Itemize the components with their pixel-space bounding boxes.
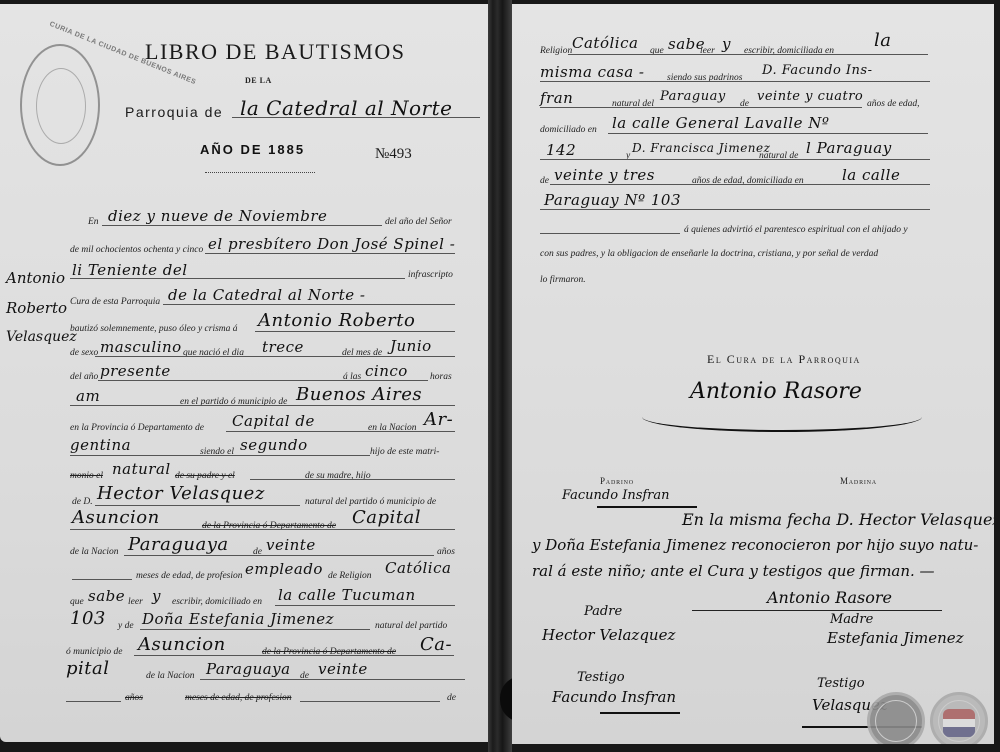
printed-text: años de edad, [867,99,920,109]
fill-line [226,431,455,432]
printed-text: de la Nacion [146,671,195,681]
printed-text: leer [128,597,143,607]
testigo1-signature: Facundo Insfran [552,688,676,706]
printed-text: natural del partido ó municipio de [305,497,436,507]
printed-text: lo firmaron. [540,275,586,285]
year-label: AÑO DE 1885 [200,142,305,157]
fill-line [250,479,455,480]
note-signature: Antonio Rasore [767,588,892,607]
handwritten-religion: Católica [385,559,451,577]
madre-signature: Estefania Jimenez [827,629,964,647]
fill-line [163,304,455,305]
handwritten-godmother-age: veinte y tres [554,166,655,184]
handwritten-and: y [722,35,731,53]
handwritten-am: am [76,387,100,405]
printed-text: de la Nacion [70,547,119,557]
printed-text-struck: de su padre y el [175,471,235,481]
handwritten-godfather-address-number: 142 [546,141,576,159]
fill-line [95,356,455,357]
printed-text: con sus padres, y la obligacion de enseñ… [540,249,878,259]
handwritten-title: li Teniente del [72,261,188,279]
fill-line [540,81,930,82]
fill-line [540,107,862,108]
left-page: CURIA DE LA CIUDAD DE BUENOS AIRES LIBRO… [0,4,488,742]
printed-text: del año del Señor [385,217,452,227]
printed-text: escribir, domiciliado en [172,597,262,607]
fill-line [98,380,428,381]
handwritten-mother-municipality: Asuncion [138,634,226,655]
fill-line [300,701,440,702]
handwritten-father-nation: Paraguaya [128,534,229,555]
fill-line [72,579,132,580]
fill-line [140,629,370,630]
handwritten-hour: cinco [365,362,408,380]
note-line-3: ral á este niño; ante el Cura y testigos… [532,562,935,580]
printed-text: de [540,176,549,186]
fill-line [540,209,930,210]
printed-text: Cura de esta Parroquia [70,297,160,307]
handwritten-birth-day: trece [262,338,304,356]
madre-label: Madre [830,612,873,627]
archive-seal-icon [867,692,925,744]
padrino-signature: Facundo Insfran [562,488,670,503]
padre-signature: Hector Velazquez [542,626,675,644]
testigo1-underline [600,712,680,714]
handwritten-year: presente [100,362,171,380]
fill-line [134,655,454,656]
printed-text-struck: monio el [70,471,103,481]
right-page: Religion Católica que sabe leer y escrib… [512,4,994,744]
margin-note-line-3: Velasquez [6,329,77,345]
handwritten-and: y [152,587,161,605]
handwritten-godfather-name: D. Facundo Ins- [762,63,873,78]
printed-text: de [447,693,456,703]
handwritten-literacy: sabe [88,587,125,605]
printed-text: natural del partido [375,621,447,631]
printed-text: meses de edad, de profesion [136,571,243,581]
handwritten-parish: de la Catedral al Norte - [168,286,365,304]
handwritten-nation: Ar- [424,409,453,430]
madrina-label: Madrina [840,476,877,486]
handwritten-mother-age: veinte [318,660,368,678]
fill-line [66,701,121,702]
handwritten-birth-order: segundo [240,436,308,454]
padrino-underline [597,506,697,508]
handwritten-father-name: Hector Velasquez [97,483,265,504]
book-title: LIBRO DE BAUTISMOS [145,39,405,65]
handwritten-godfather-nation: Paraguay [660,89,726,104]
handwritten-mother-nation: Paraguaya [206,660,291,678]
handwritten-sex: masculino [100,338,182,356]
cura-label: El Cura de la Parroquia [707,352,861,367]
printed-text: horas [430,372,452,382]
header-rule [205,172,315,173]
handwritten-mother-name: Doña Estefania Jimenez [142,610,334,628]
fill-line [205,253,455,254]
printed-text: de sexo [70,348,98,358]
margin-note-line-1: Antonio [6,269,65,287]
handwritten-birth-month: Junio [390,337,432,355]
handwritten-municipality: Buenos Aires [296,384,422,405]
fill-line [568,54,928,55]
book-binding [488,0,512,752]
testigo1-label: Testigo [577,670,625,685]
fill-line [540,159,930,160]
printed-text: de mil ochocientos ochenta y cinco [70,245,203,255]
handwritten-godmother-name: D. Francisca Jimenez [632,141,770,155]
printed-text: que [70,597,84,607]
handwritten-godmother-nation: l Paraguay [806,139,892,157]
handwritten-godmother-religion: Católica [572,34,638,52]
fill-line [255,331,455,332]
handwritten-la: la [874,30,892,51]
record-number: №493 [375,146,412,163]
handwritten-godmother-address-cont: Paraguay Nº 103 [544,191,681,209]
printed-text: del año [70,372,98,382]
fill-line [70,529,455,530]
printed-text: años [437,547,455,557]
handwritten-mother-department: Ca- [420,634,452,655]
margin-note-line-2: Roberto [6,299,67,317]
handwritten-profession: empleado [245,560,323,578]
fill-line [102,225,382,226]
fill-line [540,233,680,234]
printed-text-struck: meses de edad, de profesion [185,693,292,703]
handwritten-godmother-address: misma casa - [540,63,644,81]
printed-text: de Religion [328,571,372,581]
stamp-inner-ring [36,68,86,144]
handwritten-officiant: el presbítero Don José Spinel - [208,235,455,253]
note-signature-flourish [692,610,942,611]
printed-text: de D. [72,497,93,507]
note-line-2: y Doña Estefania Jimenez reconocieron po… [532,536,978,554]
printed-text: En [88,217,99,227]
fill-line [124,555,434,556]
handwritten-godfather-age: veinte y cuatro [757,89,863,104]
handwritten-legitimacy: natural [112,460,171,478]
handwritten-godmother-address: la calle [842,166,900,184]
padre-label: Padre [584,604,622,619]
printed-text: y de [118,621,134,631]
cura-signature: Antonio Rasore [690,379,862,404]
printed-text: infrascripto [408,270,453,280]
parroquia-label: Parroquia de [125,104,223,120]
handwritten-father-address: la calle Tucuman [278,586,416,604]
curia-stamp-icon: CURIA DE LA CIUDAD DE BUENOS AIRES [20,44,100,166]
handwritten-father-address-number: 103 [70,608,106,629]
handwritten-godfather-address: la calle General Lavalle Nº [612,114,829,132]
fill-line [608,133,928,134]
printed-text: ó municipio de [66,647,122,657]
fill-line [70,455,370,456]
fill-line [550,184,930,185]
padrino-label: Padrino [600,476,634,486]
handwritten-date: diez y nueve de Noviembre [108,207,327,225]
book-spread: CURIA DE LA CIUDAD DE BUENOS AIRES LIBRO… [0,0,1000,752]
fill-line [70,405,455,406]
cura-flourish [642,402,922,432]
parroquia-underline [232,117,480,118]
handwritten-nation-cont: gentina [70,436,131,454]
printed-text: bautizó solemnemente, puso óleo y crisma… [70,324,238,334]
title-de-la: DE LA [245,76,272,85]
fill-line [200,679,465,680]
handwritten-godfather-name-cont: fran [540,89,573,107]
printed-text: á quienes advirtió el parentesco espirit… [684,225,908,235]
fill-line [275,605,455,606]
handwritten-father-age: veinte [266,536,316,554]
handwritten-department: Capital de [232,412,315,430]
handwritten-father-department: Capital [352,507,421,528]
handwritten-father-municipality: Asuncion [72,507,160,528]
note-line-1: En la misma fecha D. Hector Velasquez [682,510,994,529]
printed-text: hijo de este matri- [370,447,439,457]
fill-line [95,505,300,506]
printed-text: domiciliado en [540,125,597,135]
printed-text: en la Provincia ó Departamento de [70,423,204,433]
paraguay-seal-icon [930,692,988,744]
handwritten-mother-department-cont: pital [66,658,110,679]
handwritten-child-name: Antonio Roberto [258,310,415,331]
printed-text-struck: años [125,693,143,703]
testigo2-label: Testigo [817,676,865,691]
fill-line [70,278,405,279]
